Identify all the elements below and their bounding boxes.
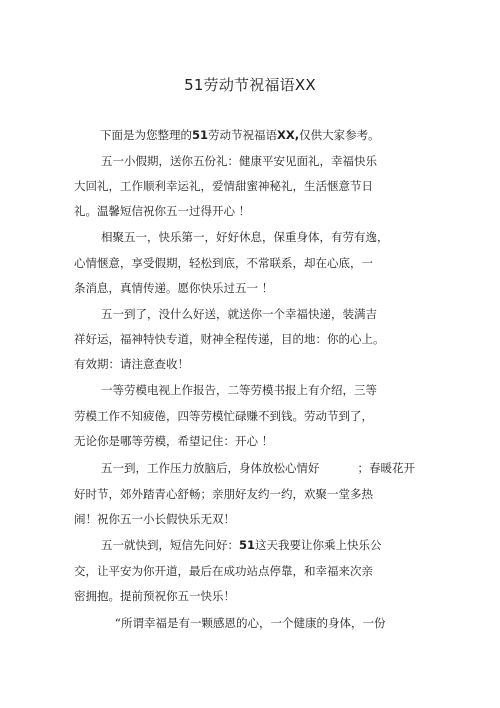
intro-text: 劳动节祝福语 xyxy=(208,128,277,142)
text-line: 劳模工作不知疲倦，四等劳模忙碌赚不到钱。劳动节到了， xyxy=(74,409,373,423)
intro-bold-xx: XX, xyxy=(277,128,299,142)
text-line: 五一就快到，短信先问好：51这天我要让你乘上快乐公 xyxy=(101,538,382,552)
text-line: 无论你是哪等劳模，希望记住：开心 ！ xyxy=(74,434,273,448)
intro-bold-51: 51 xyxy=(192,128,208,142)
text-line: 密拥抱。提前预祝你五一快乐！ xyxy=(74,589,235,603)
text-segment: 五一到，工作压力放脑后，身体放松心情好 xyxy=(101,461,320,475)
text-line: 礼。温馨短信祝你五一过得开心 ！ xyxy=(74,204,250,218)
text-line: 五一小假期，送你五份礼：健康平安见面礼，幸福快乐 xyxy=(101,154,377,168)
text-line: 闹！祝你五一小长假快乐无双！ xyxy=(74,512,235,526)
text-line: 五一到，工作压力放脑后，身体放松心情好；春暖花开 xyxy=(101,461,415,475)
text-line: 相聚五一，快乐第一，好好休息，保重身体，有劳有逸， xyxy=(101,230,389,244)
text-line: 好时节，郊外踏青心舒畅；亲朋好友约一约，欢聚一堂多热 xyxy=(74,487,373,501)
text-segment: 五一就快到，短信先问好： xyxy=(101,538,239,552)
text-line: 大回礼，工作顺利幸运礼，爱情甜蜜神秘礼，生活惬意节日 xyxy=(74,179,373,193)
text-line: 交，让平安为你开道，最后在成功站点停靠，和幸福来次亲 xyxy=(74,564,373,578)
text-line: 有效期：请注意查收！ xyxy=(74,357,189,371)
text-line: 心情惬意，享受假期，轻松到底，不常联系，却在心底，一 xyxy=(74,256,373,270)
text-line: 五一到了，没什么好送，就送你一个幸福快递，装满吉 xyxy=(101,307,377,321)
bold-51: 51 xyxy=(239,538,255,552)
intro-text: 仅供大家参考。 xyxy=(299,128,380,142)
intro-text: 下面是为您整理的 xyxy=(100,128,192,142)
text-line: 一等劳模电视上作报告，二等劳模书报上有介绍，三等 xyxy=(101,383,377,397)
text-segment: ；春暖花开 xyxy=(358,461,416,475)
text-line: 条消息，真情传递。愿你快乐过五一 ！ xyxy=(74,281,273,295)
text-segment: 这天我要让你乘上快乐公 xyxy=(255,538,382,552)
text-line: 祥好运，福神特快专道，财神全程传递，目的地：你的心上。 xyxy=(74,332,385,346)
document-page: 51劳动节祝福语XX 下面是为您整理的51劳动节祝福语XX,仅供大家参考。 五一… xyxy=(0,0,500,708)
intro-paragraph: 下面是为您整理的51劳动节祝福语XX,仅供大家参考。 xyxy=(100,128,380,142)
text-line: “所谓幸福是有一颗感恩的心，一个健康的身体，一份 xyxy=(115,616,385,630)
document-title: 51劳动节祝福语XX xyxy=(0,74,500,95)
